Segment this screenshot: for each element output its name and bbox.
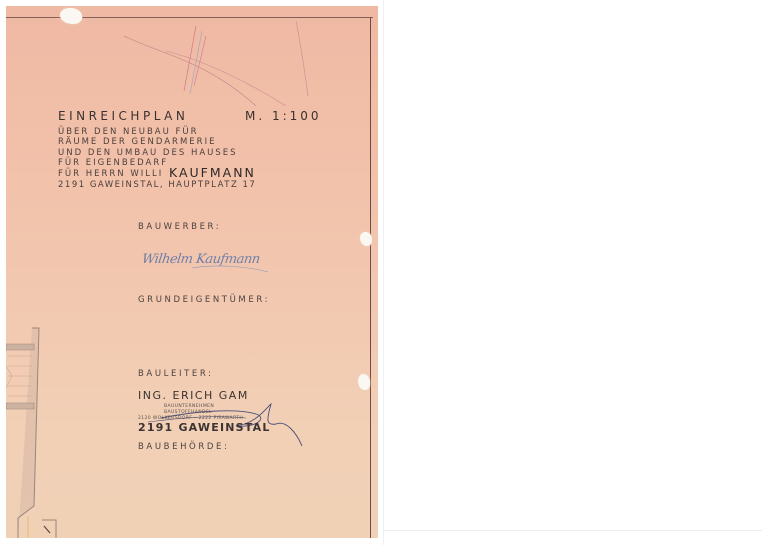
pane-divider bbox=[383, 0, 384, 545]
bauwerber-signature: Wilhelm Kaufmann bbox=[141, 252, 261, 267]
description-line: FÜR EIGENBEDARF bbox=[58, 158, 168, 168]
stamp-city: 2191 GAWEINSTAL bbox=[138, 421, 271, 434]
stamp-line: BAUUNTERNEHMEN bbox=[164, 404, 214, 409]
stamp-line: BAUSTOFFHANDEL bbox=[164, 410, 212, 415]
description-line: UND DEN UMBAU DES HAUSES bbox=[58, 148, 238, 158]
scanned-plan-sheet: EINREICHPLAN M. 1:100 ÜBER DEN NEUBAU FÜ… bbox=[6, 6, 378, 538]
description-line: FÜR HERRN WILLI bbox=[58, 169, 163, 179]
grundeigentuemer-label: GRUNDEIGENTÜMER: bbox=[138, 295, 270, 305]
bauleiter-label: BAULEITER: bbox=[138, 369, 214, 379]
punch-hole-lower bbox=[358, 374, 370, 390]
pencil-sketch-and-drawing bbox=[6, 6, 378, 538]
description-line: ÜBER DEN NEUBAU FÜR bbox=[58, 127, 199, 137]
page-bottom-edge bbox=[383, 530, 762, 531]
punch-hole-upper bbox=[360, 232, 372, 246]
client-address: 2191 GAWEINSTAL, HAUPTPLATZ 17 bbox=[58, 180, 256, 190]
plan-title: EINREICHPLAN bbox=[58, 109, 188, 123]
description-line: RÄUME DER GENDARMERIE bbox=[58, 137, 216, 147]
bauwerber-label: BAUWERBER: bbox=[138, 222, 221, 232]
client-name: KAUFMANN bbox=[169, 165, 256, 180]
blank-viewer-area bbox=[383, 0, 770, 545]
stamp-name: ING. ERICH GAM bbox=[138, 389, 249, 402]
paper-tear bbox=[60, 8, 82, 24]
plan-scale: M. 1:100 bbox=[245, 109, 322, 123]
baubehoerde-label: BAUBEHÖRDE: bbox=[138, 442, 229, 452]
